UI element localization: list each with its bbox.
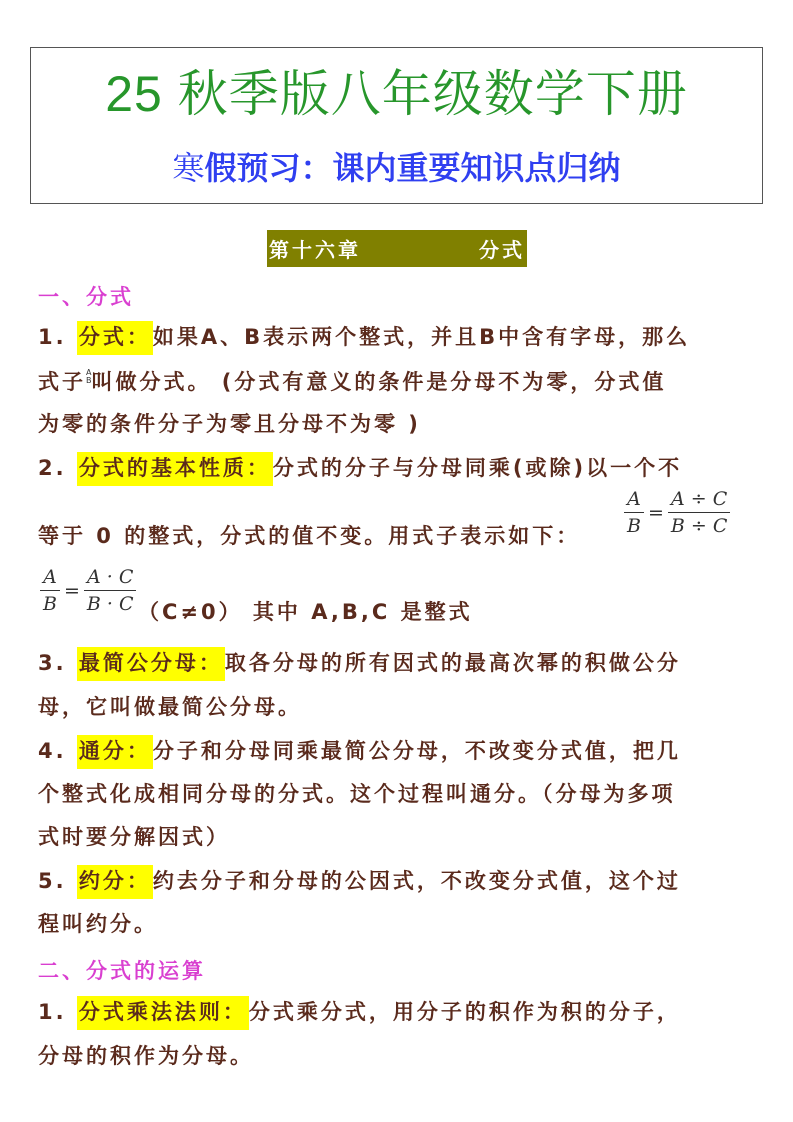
highlighted-term: 分式：	[77, 321, 153, 355]
fraction-denominator: B	[624, 513, 644, 537]
section-2-item-1-line-1: 1. 分式乘法法则：分式乘分式，用分子的积作为积的分子，	[38, 997, 681, 1027]
fraction: A B	[40, 566, 60, 615]
subtitle-prefix: 寒	[172, 149, 204, 187]
item-4-line-3: 式时要分解因式）	[38, 822, 230, 852]
fraction-numerator: A	[40, 566, 60, 591]
item-number: 4.	[38, 739, 67, 763]
equals-sign: =	[64, 580, 80, 602]
chapter-number: 第十六章	[269, 234, 361, 263]
item-4-line-2: 个整式化成相同分母的分式。这个过程叫通分。（分母为多项	[38, 779, 676, 809]
item-text: 分式的分子与分母同乘(或除)以一个不	[273, 456, 682, 480]
item-text: 取各分母的所有因式的最高次幂的积做公分	[225, 651, 681, 675]
fraction-denominator: B ÷ C	[668, 513, 731, 537]
highlighted-term: 最简公分母：	[77, 647, 225, 681]
item-number: 5.	[38, 869, 67, 893]
item-text: 分式乘分式，用分子的积作为积的分子，	[249, 1000, 681, 1024]
section-heading-1: 一、分式	[38, 281, 134, 311]
section-heading-2: 二、分式的运算	[38, 955, 206, 985]
fraction-denominator: B	[86, 376, 92, 385]
formula-multiplication: A B = A · C B · C	[40, 566, 137, 615]
fraction-numerator: A · C	[84, 566, 136, 591]
fraction-denominator: B	[40, 591, 60, 615]
main-title: 25 秋季版八年级数学下册	[31, 60, 762, 128]
item-2-line-3: （C≠0） 其中 A,B,C 是整式	[138, 597, 473, 627]
item-1-line-1: 1. 分式：如果A、B表示两个整式，并且B中含有字母，那么	[38, 322, 690, 352]
fraction-numerator: A	[624, 488, 644, 513]
item-1-line-2: 式子AB叫做分式。 (分式有意义的条件是分母不为零，分式值	[38, 367, 666, 397]
item-2-line-2: 等于 0 的整式，分式的值不变。用式子表示如下：	[38, 521, 580, 551]
item-text: 叫做分式。 (分式有意义的条件是分母不为零，分式值	[92, 370, 667, 394]
item-2-line-1: 2. 分式的基本性质：分式的分子与分母同乘(或除)以一个不	[38, 453, 682, 483]
fraction: A ÷ C B ÷ C	[668, 488, 731, 537]
fraction: A · C B · C	[84, 566, 137, 615]
item-3-line-1: 3. 最简公分母：取各分母的所有因式的最高次幂的积做公分	[38, 648, 681, 678]
equals-sign: =	[648, 502, 664, 524]
item-1-line-3: 为零的条件分子为零且分母不为零 )	[38, 409, 421, 439]
fraction-numerator: A ÷ C	[668, 488, 730, 513]
item-number: 3.	[38, 651, 67, 675]
chapter-bar: 第十六章 分式	[267, 230, 527, 267]
item-number: 1.	[38, 1000, 67, 1024]
item-number: 2.	[38, 456, 67, 480]
fraction: A B	[624, 488, 644, 537]
item-text: 如果A、B表示两个整式，并且B中含有字母，那么	[153, 325, 690, 349]
highlighted-term: 通分：	[77, 735, 153, 769]
formula-division: A B = A ÷ C B ÷ C	[624, 488, 730, 537]
section-2-item-1-line-2: 分母的积作为分母。	[38, 1041, 254, 1071]
item-3-line-2: 母，它叫做最简公分母。	[38, 692, 302, 722]
fraction-denominator: B · C	[84, 591, 137, 615]
item-text: 约去分子和分母的公因式，不改变分式值，这个过	[153, 869, 681, 893]
highlighted-term: 分式乘法法则：	[77, 996, 249, 1030]
item-text: 式子	[38, 370, 86, 394]
item-text: 分子和分母同乘最简公分母，不改变分式值，把几	[153, 739, 681, 763]
item-4-line-1: 4. 通分：分子和分母同乘最简公分母，不改变分式值，把几	[38, 736, 681, 766]
item-5-line-1: 5. 约分：约去分子和分母的公因式，不改变分式值，这个过	[38, 866, 681, 896]
highlighted-term: 约分：	[77, 865, 153, 899]
subtitle-main: 假预习：课内重要知识点归纳	[205, 149, 621, 187]
highlighted-term: 分式的基本性质：	[77, 452, 273, 486]
chapter-name: 分式	[479, 234, 525, 263]
item-5-line-2: 程叫约分。	[38, 909, 158, 939]
item-number: 1.	[38, 325, 67, 349]
inline-fraction: AB	[86, 369, 92, 385]
subtitle: 寒假预习：课内重要知识点归纳	[31, 144, 762, 192]
title-box: 25 秋季版八年级数学下册 寒假预习：课内重要知识点归纳	[30, 47, 763, 204]
